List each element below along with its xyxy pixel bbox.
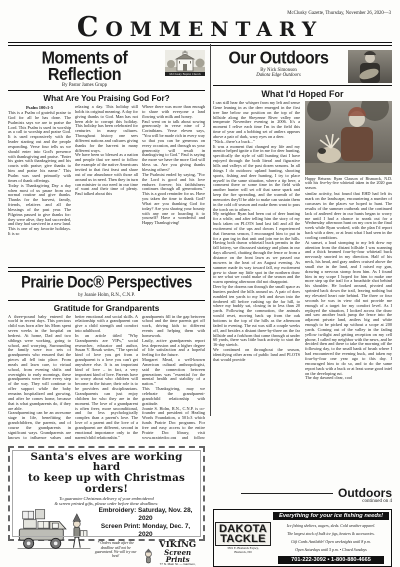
prairie-col1: A three-pound baby entered the world in … (8, 315, 71, 439)
outdoors-body: I can still hear the whisper from my lef… (213, 101, 392, 485)
tackle-line-4: Open Saturdays until 5 p.m. • Closed Sun… (295, 548, 367, 553)
tackle-address-2: Bismarck, ND (234, 551, 251, 555)
tackle-content: Everything for your ice fishing needs! I… (273, 512, 389, 564)
moments-col3-text: Where there was more than enough to shar… (142, 105, 205, 263)
outdoors-jump: Outdoors continued on 4 (213, 488, 392, 504)
santa-ad-deadlines: Embroidery: Saturday, Nov. 28, 2020 Scre… (93, 507, 198, 567)
masthead-rule (8, 42, 392, 46)
moments-body: Psalm 100:1-5 This is a Psalm of gratefu… (8, 105, 205, 263)
prairie-col3-text: grandparents fill in the gap between sch… (142, 315, 205, 439)
jump-continued-on: continued on 4 (213, 499, 392, 504)
moments-psalm-ref: Psalm 100:1-5 (8, 105, 71, 110)
outdoors-col2-text: similar activity, but found that EHD had… (305, 192, 392, 485)
moments-headline: What Are You Praising God For? (8, 94, 205, 103)
tackle-brand-block: DAKOTA TACKLE 3301 E. Bismarck Expwy, Bi… (216, 512, 270, 564)
prairie-col3: grandparents fill in the gap between sch… (142, 315, 205, 439)
viking-wordmark: VIKING Screen Prints 77 N. Main St. — Ga… (157, 541, 198, 567)
tackle-line-1: Ice fishing shelters, augers, sleds. Col… (287, 524, 376, 529)
embroidery-deadline: Embroidery: Saturday, Nov. 28, 2020 (93, 507, 198, 523)
outdoors-byline2: Dakota Edge Outdoors (213, 73, 344, 78)
moments-col3: Where there was more than enough to shar… (142, 105, 205, 263)
deer-hunter-photo (305, 101, 392, 175)
columnist-fish-photo (348, 50, 392, 83)
moments-rule (8, 90, 205, 91)
article-our-outdoors: Our Outdoors By Nick Simonson Dakota Edg… (213, 50, 392, 504)
church-logo: McClusky Baptist Church (165, 50, 205, 76)
viking-address: 77 N. Main St. — Garrison, ND (157, 563, 198, 567)
tackle-line-3: Gift Cards Available! Open weeknights un… (291, 540, 371, 545)
santa-ad-headline-1: Santa's elves are working hard (15, 452, 198, 474)
left-half: Moments of Reflection By Pastor James Gr… (8, 50, 205, 567)
tackle-phone: 701-222-3092 • 1-800-880-4665 (278, 556, 385, 564)
outdoors-headline: What I'd Hoped For (213, 89, 392, 99)
moments-title: Moments of Reflection (8, 50, 161, 84)
viking-screen-prints-ad: Santa's elves are working hard to keep u… (8, 446, 205, 541)
prairie-title: Prairie Doc® Perspectives (8, 275, 205, 292)
tackle-brand-line2: TACKLE (219, 534, 267, 544)
outdoors-title: Our Outdoors (213, 50, 344, 67)
outdoors-col1: I can still hear the whisper from my lef… (213, 101, 300, 485)
tackle-brand-box: DAKOTA TACKLE (215, 522, 271, 546)
deer-photo-caption: Happy Returns: Ryan Clauson of Bismarck,… (305, 177, 392, 191)
church-icon (165, 50, 205, 72)
moments-titlewrap: Moments of Reflection By Pastor James Gr… (8, 50, 161, 88)
dakota-tackle-ad: DAKOTA TACKLE 3301 E. Bismarck Expwy, Bi… (213, 509, 392, 567)
viking-logo: VIKING Screen Prints 77 N. Main St. — Ga… (142, 541, 198, 567)
prairie-col1-text: A three-pound baby entered the world in … (8, 315, 71, 439)
moments-col2: relaxing a day. This holiday still holds… (75, 105, 138, 263)
outdoors-col2: Happy Returns: Ryan Clauson of Bismarck,… (305, 101, 392, 485)
moments-col1: Psalm 100:1-5 This is a Psalm of gratefu… (8, 105, 71, 263)
outdoors-titlewrap: Our Outdoors By Nick Simonson Dakota Edg… (213, 50, 344, 78)
prairie-col2: better emotional and social skills. A re… (75, 315, 138, 439)
page-body: Moments of Reflection By Pastor James Gr… (0, 50, 400, 567)
prairie-col2-text: better emotional and social skills. A re… (75, 315, 138, 439)
prairie-headline: Gratitude for Grandparents (8, 304, 205, 313)
tackle-line-2: The largest stock of bulk ice jigs, heat… (287, 532, 375, 537)
jump-rule (241, 493, 333, 494)
santa-ad-row: Embroidery: Saturday, Nov. 28, 2020 Scre… (15, 507, 198, 567)
prairie-body: A three-pound baby entered the world in … (8, 315, 205, 439)
outdoors-col1-text: I can still hear the whisper from my lef… (213, 101, 300, 485)
screenprint-deadline: Screen Print: Monday, Dec. 7, 2020 (93, 523, 198, 539)
prairie-titlewrap: Prairie Doc® Perspectives by Joanie Holm… (8, 275, 205, 298)
prairie-rule (8, 300, 205, 301)
santa-ad-disclaimer: * Orders made after the deadline will no… (93, 541, 138, 559)
right-half: Our Outdoors By Nick Simonson Dakota Edg… (213, 50, 392, 567)
column-divider (210, 44, 211, 416)
prairie-byline: by Joanie Holm, R.N., C.N.P. (8, 293, 205, 298)
church-logo-caption: McClusky Baptist Church (165, 72, 205, 76)
tackle-headline: Everything for your ice fishing needs! (273, 512, 389, 520)
moments-header: Moments of Reflection By Pastor James Gr… (8, 50, 205, 88)
santa-ad-headline-2: to keep up with Christmas orders! (15, 473, 198, 495)
outdoors-header: Our Outdoors By Nick Simonson Dakota Edg… (213, 50, 392, 83)
newspaper-page: McClusky Gazette, Thursday, November 26,… (0, 0, 400, 567)
jump-label: Outdoors (338, 488, 392, 499)
santa-ad-bottom: * Orders made after the deadline will no… (93, 541, 198, 567)
outdoors-rule (213, 85, 392, 86)
moments-col2-text: relaxing a day. This holiday still holds… (75, 105, 138, 263)
santa-ad-subline-2: & screen printed gifts, please order bef… (15, 501, 198, 506)
elf-icon (142, 548, 155, 564)
elves-truck-illustration-icon (15, 507, 93, 551)
outdoors-jump-row: Outdoors (213, 488, 392, 499)
article-prairie-doc: Prairie Doc® Perspectives by Joanie Holm… (8, 275, 205, 439)
section-separator (8, 267, 205, 272)
article-moments-of-reflection: Moments of Reflection By Pastor James Gr… (8, 50, 205, 263)
section-masthead: COMMENTARY (0, 17, 400, 40)
moments-col1-text: This is a Psalm of grateful praise to Go… (8, 111, 71, 263)
page-folio: McClusky Gazette, Thursday, November 26,… (287, 11, 391, 16)
